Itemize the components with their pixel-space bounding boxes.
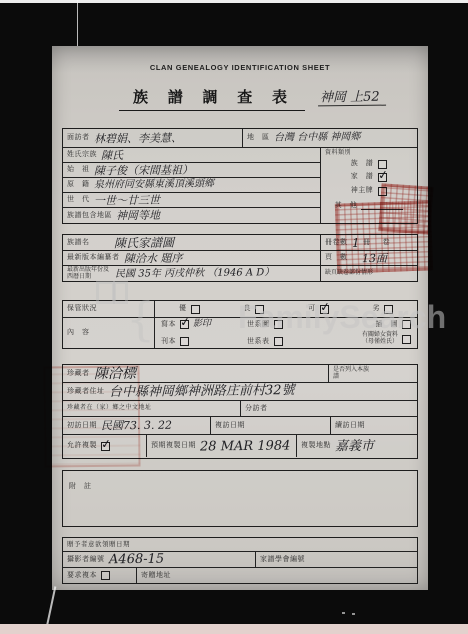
copy-place-label: 複製地點: [301, 442, 331, 450]
co-visitor-label: 分訪者: [245, 405, 268, 413]
form-chinese-title: 族 譜 調 查 表: [119, 86, 305, 111]
notes-label: 附 註: [69, 482, 92, 490]
familysearch-watermark: FamilySearch: [238, 299, 446, 336]
copy-place-value: 嘉義市: [335, 439, 374, 452]
third-visit-label: 續訪日期: [335, 422, 365, 430]
generations-label: 世 代: [67, 196, 90, 204]
clan-value: 陳氏: [101, 149, 123, 160]
region-value: 台灣 台中縣 神岡鄉: [273, 133, 359, 144]
photographer-number-label: 攝影者編號: [67, 556, 105, 564]
form-title-wrap: 族 譜 調 查 表: [82, 86, 342, 111]
film-edge-top: [0, 0, 468, 3]
genealogy-title-value: 陳氏家譜圖: [113, 236, 173, 249]
donation-date-label: 贈予者意欲領贈日期: [67, 541, 130, 548]
second-visit-label: 複訪日期: [215, 422, 245, 430]
material-zupu-label: 族 譜: [351, 160, 374, 168]
material-type-label: 資料類別: [325, 150, 413, 157]
section-notes: 附 註: [62, 470, 418, 527]
content-manuscript-checkbox: [180, 320, 189, 329]
faded-pink-stamp: [43, 366, 140, 468]
society-number-label: 家譜學會編號: [260, 556, 305, 564]
content-label: 內 容: [67, 329, 90, 337]
keep-status-label: 保管狀況: [67, 305, 97, 313]
photographer-number-value: A468-15: [108, 553, 163, 567]
founder-label: 始 祖: [67, 166, 90, 174]
origin-value: 泉州府同安縣東溪頂溪頭鄉: [93, 179, 213, 190]
interviewer-value: 林碧娟、李美慧、: [93, 132, 181, 144]
content-manuscript-note: 影印: [193, 320, 211, 329]
film-scratch-bottom: [46, 586, 56, 627]
coverage-label: 族譜包含地區: [67, 212, 112, 220]
region-label: 地 區: [247, 134, 270, 142]
origin-label: 原 籍: [67, 181, 90, 189]
red-seal-stamp: [335, 200, 433, 273]
clan-label: 姓氏宗族: [67, 151, 97, 159]
film-edge-bottom: [0, 624, 468, 634]
film-dust-speck: [352, 613, 355, 615]
content-manuscript-label: 寫本: [161, 321, 176, 329]
copy-date-label: 預期複製日期: [151, 442, 196, 450]
generations-value: 一世～廿三世: [93, 194, 159, 206]
section-admin: 贈予者意欲領贈日期 攝影者編號 A468-15 家譜學會編號 要求複本 寄贈地: [62, 537, 418, 584]
copy-date-value: 28 MAR 1984: [200, 439, 291, 453]
send-address-label: 寄贈地址: [141, 572, 171, 580]
request-copy-label: 要求複本: [67, 572, 97, 580]
material-jiapu-label: 家 譜: [351, 173, 374, 181]
compiler-value: 陳洽水 題序: [123, 252, 182, 264]
keep-excellent-label: 優: [179, 305, 187, 313]
content-women-data-sub: （母僅姓氏）: [362, 339, 398, 346]
content-lineage-table-label: 世系表: [247, 338, 270, 346]
familysearch-logo-watermark: {: [126, 292, 155, 346]
content-printed-checkbox: [180, 337, 189, 346]
content-lineage-table-checkbox: [274, 337, 283, 346]
content-printed-label: 刊本: [161, 338, 176, 346]
scanned-genealogy-sheet: CLAN GENEALOGY IDENTIFICATION SHEET 族 譜 …: [0, 0, 468, 634]
compiler-label: 最新版本編纂者: [67, 254, 120, 262]
listed-in-genealogy-label: 是否列入本族譜: [333, 367, 373, 381]
film-dust-speck: [342, 612, 345, 614]
pubdate-label: 最新出版年份及西曆日期: [67, 267, 111, 281]
coverage-value: 神岡等地: [116, 210, 160, 221]
founder-value: 陳子俊（宋間基祖）: [93, 164, 192, 176]
keep-excellent-checkbox: [191, 305, 200, 314]
material-jiapu-checkbox: [378, 173, 387, 182]
request-copy-checkbox: [101, 571, 110, 580]
material-shenzhupai-label: 神主牌: [351, 187, 374, 195]
pubdate-value: 民國 35年 丙戌仲秋 （1946 A D）: [115, 268, 274, 280]
interviewer-label: 面訪者: [67, 134, 90, 142]
handwritten-page-note: 神岡 上52: [318, 91, 386, 107]
form-english-title: CLAN GENEALOGY IDENTIFICATION SHEET: [52, 63, 428, 72]
genealogy-title-label: 族譜名: [67, 239, 90, 247]
